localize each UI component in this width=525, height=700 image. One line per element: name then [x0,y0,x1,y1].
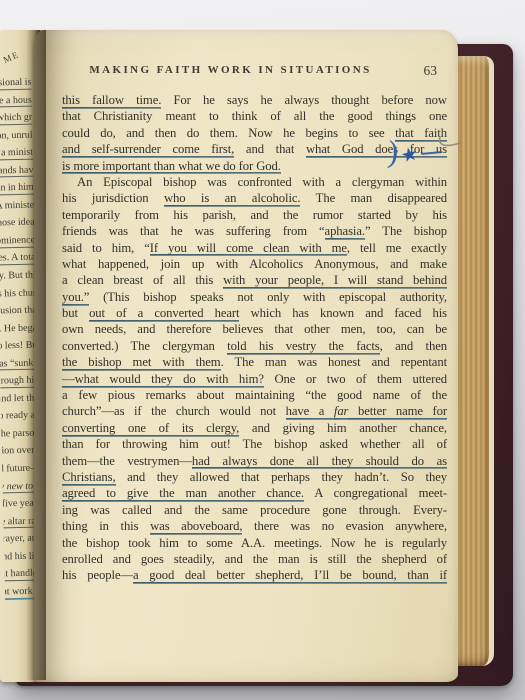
text-segment: An Episcopal bishop was confronted with … [77,175,447,189]
text-segment: converting one of its clergy, [62,421,239,437]
pencil-check-icon [437,134,463,152]
text-segment: this fallow time. [62,93,161,109]
text-segment: Christians, [62,470,116,486]
text-segment: a clean breast of all this [62,273,223,287]
text-segment: and they allowed that perhaps they hadn’… [116,470,447,484]
left-page-fragment: tion, unrul [0,126,33,144]
text-segment: The man disappeared [300,191,447,205]
text-segment: out of a converted heart [89,306,239,322]
text-segment: ing was called and the same procedure go… [62,503,447,517]
left-page-fragment: d. He bega [0,319,37,338]
text-segment: have a [286,404,334,420]
page-header: MAKING FAITH WORK IN SITUATIONS 63 [62,64,447,80]
text-segment: said to him, “ [62,241,150,255]
text-segment: , tell me exactly [347,241,447,255]
text-segment: than for throwing him out! The bishop as… [62,437,447,451]
text-segment: converted.) The clergyman [62,339,227,353]
text-segment: the bishop took him to some A.A. meeting… [62,536,447,550]
text-segment: —what would they do with him? [62,372,264,388]
text-segment: and self-surrender come first, [62,142,234,158]
text-segment: his people— [62,568,133,582]
text-line: converted.) The clergyman told his vestr… [62,338,447,354]
text-line: than for throwing him out! The bishop as… [62,436,447,452]
text-segment: . The man was honest and repentant [221,355,447,369]
text-line: them—the vestrymen—had always done all t… [62,453,447,469]
left-page-fragment: me a hous [0,91,32,109]
left-page-fragment: egan in him [0,179,34,198]
text-segment: the bishop met with them [62,355,221,371]
text-line: a clean breast of all this with your peo… [62,272,447,288]
text-segment: agreed to give the man another chance. [62,486,304,502]
left-page-fragment: clusion tha [0,302,37,321]
text-segment: If you will come clean with me [150,241,347,257]
text-line: this fallow time. For he says he always … [62,92,447,108]
book-photo: ME fessional isme a housn which grtion, … [0,0,525,700]
text-line: thing in this was aboveboard, there was … [62,518,447,534]
left-running-head: ME [2,49,21,65]
left-page-fragment: ousands hav [0,161,34,180]
text-line: —what would they do with him? One or two… [62,371,447,387]
text-line: a few pious remarks about maintaining “t… [62,387,447,403]
left-page-fragment: e was “sunk” [0,354,38,373]
left-page-fragment: n which gr [0,109,32,128]
text-line: his jurisdiction who is an alcoholic. Th… [62,190,447,206]
text-line: Christians, and they allowed that perhap… [62,469,447,485]
text-segment: was aboveboard, [150,519,242,535]
text-line: his people—a good deal better shepherd, … [62,567,447,583]
text-segment: (This bishop speaks not only with episco… [89,290,447,304]
text-segment: a good deal better shepherd, I’ll be bou… [133,568,447,584]
left-page-fragment: cles. A tota [0,249,36,268]
text-line: the bishop took him to some A.A. meeting… [62,535,447,551]
left-page-fragment: , whose idea [0,214,35,233]
text-segment: you.” [62,290,89,306]
left-page-fragment: as his chur [0,284,36,303]
text-segment: his jurisdiction [62,191,164,205]
right-page: MAKING FAITH WORK IN SITUATIONS 63 this … [34,30,458,682]
text-segment: For he says he always thought before now [161,93,447,107]
text-segment: ” The bishop [365,224,447,238]
text-segment: which has known and faced his [239,306,447,320]
running-head: MAKING FAITH WORK IN SITUATIONS [62,64,399,76]
text-line: that Christianity meant to think of all … [62,108,447,124]
text-segment: own needs, and therefore believes that o… [62,322,447,336]
left-page-fragment: s a minist [0,144,33,162]
left-page-fragment: fessional is [0,74,32,93]
left-page-fragment: prominence [0,232,35,251]
text-line: temporarily from his parish, and the rum… [62,207,447,223]
page-number: 63 [424,63,438,79]
text-line: the bishop met with them. The man was ho… [62,354,447,370]
text-line: own needs, and therefore believes that o… [62,321,447,337]
text-line: converting one of its clergy, and giving… [62,420,447,436]
text-segment: A congregational meet- [304,486,447,500]
text-segment: One or two of them uttered [264,372,447,386]
text-segment: better name for [348,404,447,420]
text-segment: there was no evasion anywhere, [242,519,447,533]
left-page-fragment: f. A ministe [0,196,34,215]
text-segment: with your people, I will stand behind [223,273,447,289]
text-segment: that Christianity meant to think of all … [62,109,447,123]
left-page-fragment: through his [0,372,38,391]
left-page-fragment: lly. But thi [0,267,36,286]
text-segment: could do, and then do them. Now he begin… [62,126,395,140]
text-line: what happened, join up with Alcoholics A… [62,256,447,272]
text-segment: far [334,404,349,420]
text-line: church”—as if the church would not have … [62,403,447,419]
left-page-fragment: no less! Bu [0,337,38,356]
text-line: said to him, “If you will come clean wit… [62,240,447,256]
text-line: agreed to give the man another chance. A… [62,485,447,501]
text-segment: told his vestry the facts [227,339,380,355]
text-segment: friends was that he was suffering from “ [62,224,325,238]
text-segment: thing in this [62,519,150,533]
text-segment: is more important than what we do for Go… [62,159,281,175]
text-line: enrolled and goes steadily, and the man … [62,551,447,567]
text-segment: temporarily from his parish, and the rum… [62,208,447,222]
left-page-fragment: and let the [0,389,39,407]
text-line: An Episcopal bishop was confronted with … [62,174,447,190]
text-segment: aphasia. [325,224,365,240]
text-line: friends was that he was suffering from “… [62,223,447,239]
text-segment: but [62,306,89,320]
text-line: but out of a converted heart which has k… [62,305,447,321]
text-line: ing was called and the same procedure go… [62,502,447,518]
text-segment: had always done all they should do as [192,454,447,470]
text-segment: and giving him another chance, [239,421,447,435]
text-segment: enrolled and goes steadily, and the man … [62,552,447,566]
text-segment: who is an alcoholic. [164,191,301,207]
text-line: you.” (This bishop speaks not only with … [62,289,447,305]
text-segment: and that [234,142,306,156]
text-segment: them—the vestrymen— [62,454,192,468]
text-segment: church”—as if the church would not [62,404,286,418]
text-segment: what God does for us [306,142,447,158]
text-segment: a few pious remarks about maintaining “t… [62,388,447,402]
text-segment: , and then [380,339,447,353]
text-segment: what happened, join up with Alcoholics A… [62,257,447,271]
